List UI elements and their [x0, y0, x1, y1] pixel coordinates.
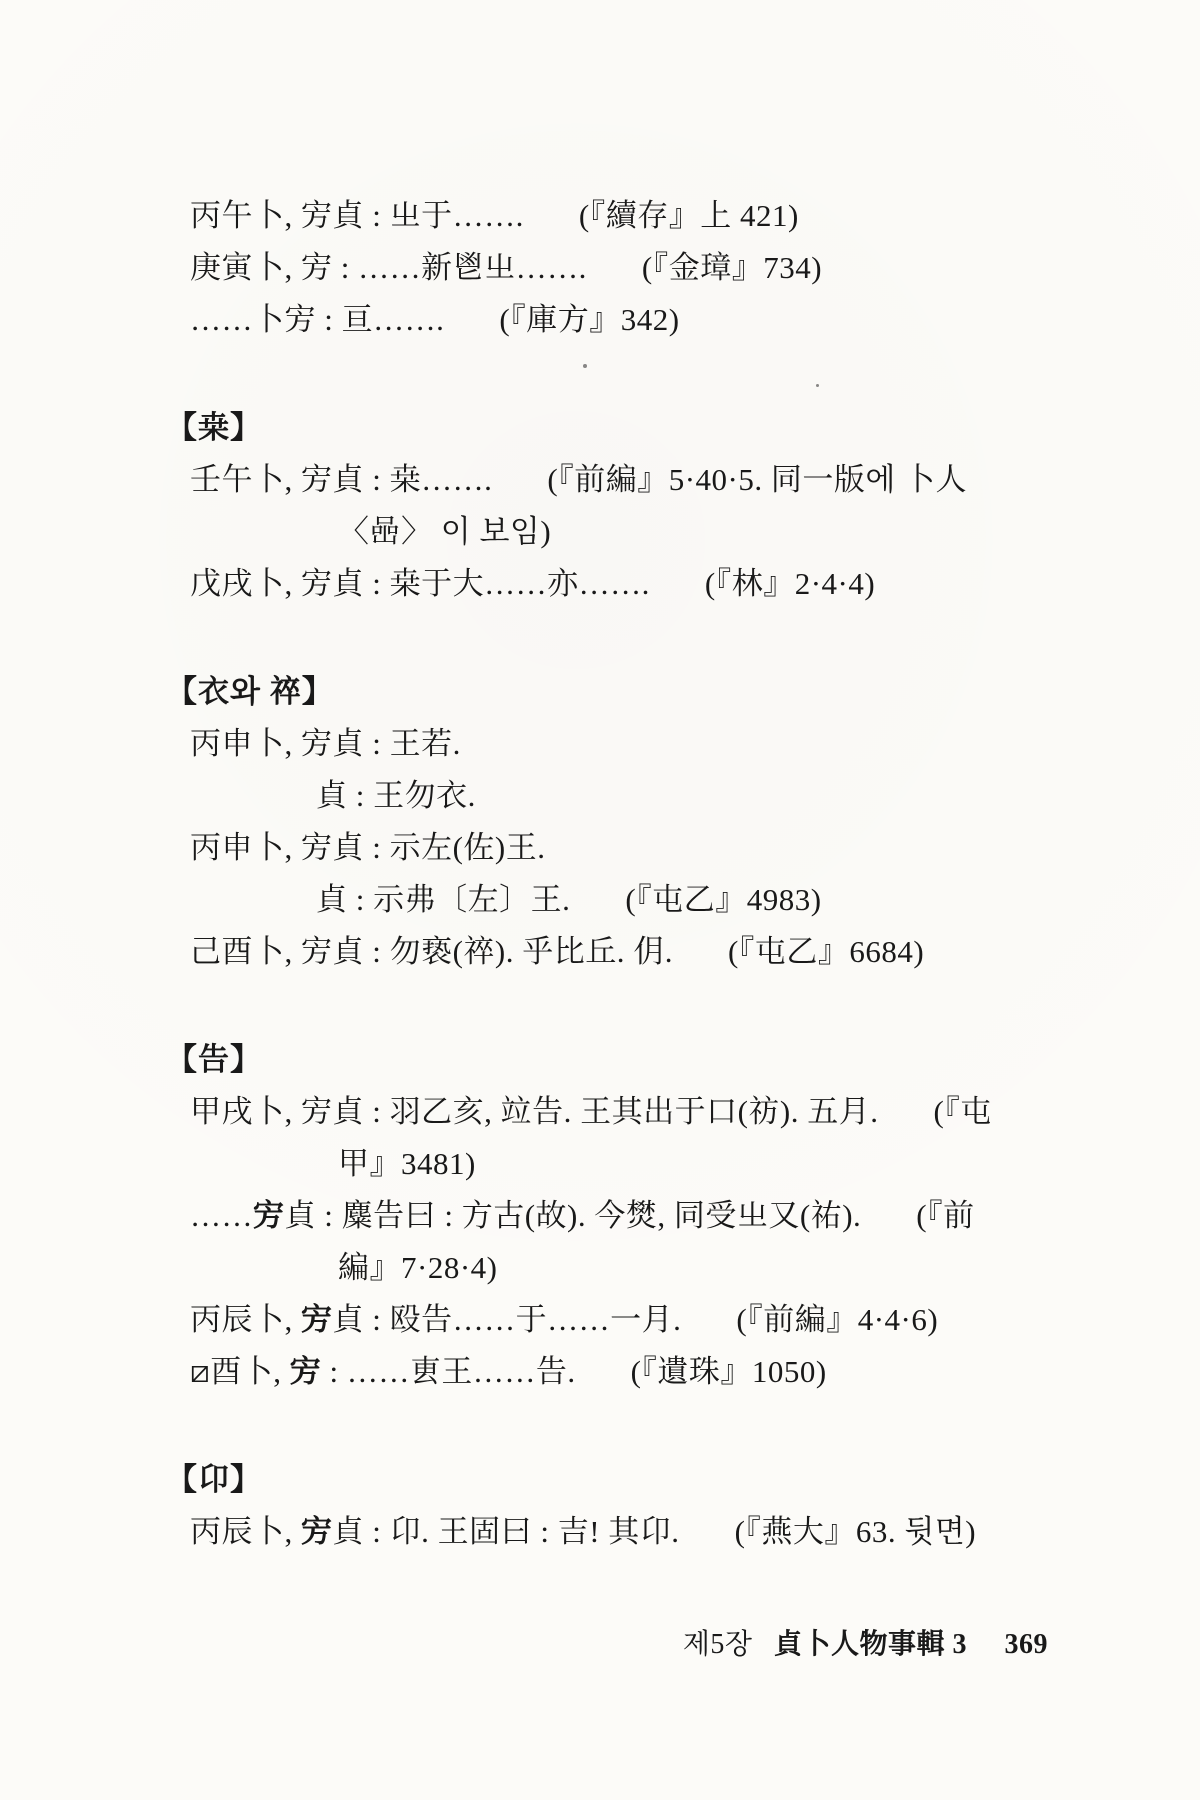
- section-header: 【卬】: [166, 1454, 1150, 1506]
- scan-speck: [816, 384, 819, 387]
- source-citation: (『林』2·4·4): [705, 566, 875, 601]
- inscription-text: 丙辰卜, 㝑貞 : 卬. 王固曰 : 吉! 其卬.: [190, 1514, 680, 1549]
- inscription-line: 丙辰卜, 㝑貞 : 卬. 王固曰 : 吉! 其卬.(『燕大』63. 뒷면): [190, 1506, 1150, 1558]
- source-citation: (『前編』5·40·5. 同一版에 卜人: [547, 462, 967, 497]
- inscription-text: 丙辰卜, 㝑貞 : 殴告……于……一月.: [190, 1302, 681, 1337]
- inscription-text: 戊戌卜, 㝑貞 : 桒于大……亦…….: [190, 566, 650, 601]
- book-page: 丙午卜, 㝑貞 : 㞢于…….(『續存』上 421)庚寅卜, 㝑 : ……新鬯㞢…: [0, 0, 1200, 1800]
- inscription-text: ……卜㝑 : 亘…….: [190, 302, 444, 337]
- section-header-text: 【卬】: [166, 1462, 262, 1497]
- section-header: 【告】: [166, 1034, 1150, 1086]
- source-citation: (『前編』4·4·6): [736, 1302, 938, 1337]
- page-number: 369: [1005, 1629, 1049, 1660]
- section-header-text: 【桒】: [166, 410, 262, 445]
- page-footer: 제5장 貞卜人物事輯 3 369: [683, 1628, 1048, 1662]
- section-header: 【桒】: [166, 402, 1150, 454]
- inscription-line: ……㝑貞 : 麋告曰 : 方古(故). 今燓, 同受㞢又(祐).(『前: [190, 1190, 1150, 1242]
- source-citation: (『續存』上 421): [579, 198, 799, 233]
- inscription-line: 丙申卜, 㝑貞 : 示左(佐)王.: [190, 822, 1150, 874]
- scan-speck: [583, 364, 587, 368]
- inscription-text: 己酉卜, 㝑貞 : 勿亵(祽). 乎比丘. 仴.: [190, 934, 673, 969]
- section-header: 【衣와 祽】: [166, 666, 1150, 718]
- inscription-text: 丙申卜, 㝑貞 : 示左(佐)王.: [190, 830, 546, 865]
- inscription-text: 貞 : 示弗〔左〕王.: [316, 882, 570, 917]
- inscription-line: ⧄酉卜, 㝑 : ……叀王……告.(『遺珠』1050): [190, 1346, 1150, 1398]
- inscription-text: 丙午卜, 㝑貞 : 㞢于…….: [190, 198, 524, 233]
- source-citation: (『屯: [934, 1094, 992, 1129]
- source-citation: (『屯乙』6684): [728, 934, 924, 969]
- inscription-line: 丙午卜, 㝑貞 : 㞢于…….(『續存』上 421): [190, 190, 1150, 242]
- inscription-content: 丙午卜, 㝑貞 : 㞢于…….(『續存』上 421)庚寅卜, 㝑 : ……新鬯㞢…: [0, 0, 1150, 1558]
- inscription-text: 庚寅卜, 㝑 : ……新鬯㞢…….: [190, 250, 587, 285]
- inscription-text: 甲戌卜, 㝑貞 : 羽乙亥, 竝告. 王其出于口(祊). 五月.: [190, 1094, 879, 1129]
- inscription-line: 〈喦〉 이 보임): [338, 506, 1150, 558]
- inscription-text: 編』7·28·4): [338, 1250, 497, 1285]
- inscription-text: ……㝑貞 : 麋告曰 : 方古(故). 今燓, 同受㞢又(祐).: [190, 1198, 861, 1233]
- diviner-name: 㝑: [301, 1302, 333, 1337]
- diviner-name: 㝑: [253, 1198, 285, 1233]
- source-citation: (『金璋』734): [642, 250, 822, 285]
- section-header-text: 【衣와 祽】: [166, 674, 334, 709]
- inscription-line: 貞 : 王勿衣.: [316, 770, 1150, 822]
- inscription-line: 戊戌卜, 㝑貞 : 桒于大……亦…….(『林』2·4·4): [190, 558, 1150, 610]
- inscription-text: 壬午卜, 㝑貞 : 桒…….: [190, 462, 492, 497]
- inscription-text: 甲』3481): [338, 1146, 476, 1181]
- chapter-title: 貞卜人物事輯 3: [774, 1629, 967, 1660]
- source-citation: (『庫方』342): [499, 302, 679, 337]
- inscription-line: 貞 : 示弗〔左〕王.(『屯乙』4983): [316, 874, 1150, 926]
- inscription-text: ⧄酉卜, 㝑 : ……叀王……告.: [190, 1354, 576, 1389]
- inscription-line: ……卜㝑 : 亘…….(『庫方』342): [190, 294, 1150, 346]
- inscription-line: 己酉卜, 㝑貞 : 勿亵(祽). 乎比丘. 仴.(『屯乙』6684): [190, 926, 1150, 978]
- inscription-line: 甲』3481): [338, 1138, 1150, 1190]
- inscription-text: 丙申卜, 㝑貞 : 王若.: [190, 726, 461, 761]
- source-citation: (『屯乙』4983): [625, 882, 821, 917]
- chapter-label: 제5장: [683, 1629, 753, 1660]
- inscription-text: 〈喦〉 이 보임): [338, 514, 551, 549]
- source-citation: (『遺珠』1050): [631, 1354, 827, 1389]
- diviner-name: 㝑: [301, 1514, 333, 1549]
- source-citation: (『燕大』63. 뒷면): [735, 1514, 977, 1549]
- inscription-line: 編』7·28·4): [338, 1242, 1150, 1294]
- section-header-text: 【告】: [166, 1042, 262, 1077]
- inscription-line: 壬午卜, 㝑貞 : 桒…….(『前編』5·40·5. 同一版에 卜人: [190, 454, 1150, 506]
- diviner-name: 㝑: [290, 1354, 322, 1389]
- inscription-line: 丙辰卜, 㝑貞 : 殴告……于……一月.(『前編』4·4·6): [190, 1294, 1150, 1346]
- inscription-line: 丙申卜, 㝑貞 : 王若.: [190, 718, 1150, 770]
- inscription-text: 貞 : 王勿衣.: [316, 778, 476, 813]
- source-citation: (『前: [916, 1198, 974, 1233]
- inscription-line: 庚寅卜, 㝑 : ……新鬯㞢…….(『金璋』734): [190, 242, 1150, 294]
- inscription-line: 甲戌卜, 㝑貞 : 羽乙亥, 竝告. 王其出于口(祊). 五月.(『屯: [190, 1086, 1150, 1138]
